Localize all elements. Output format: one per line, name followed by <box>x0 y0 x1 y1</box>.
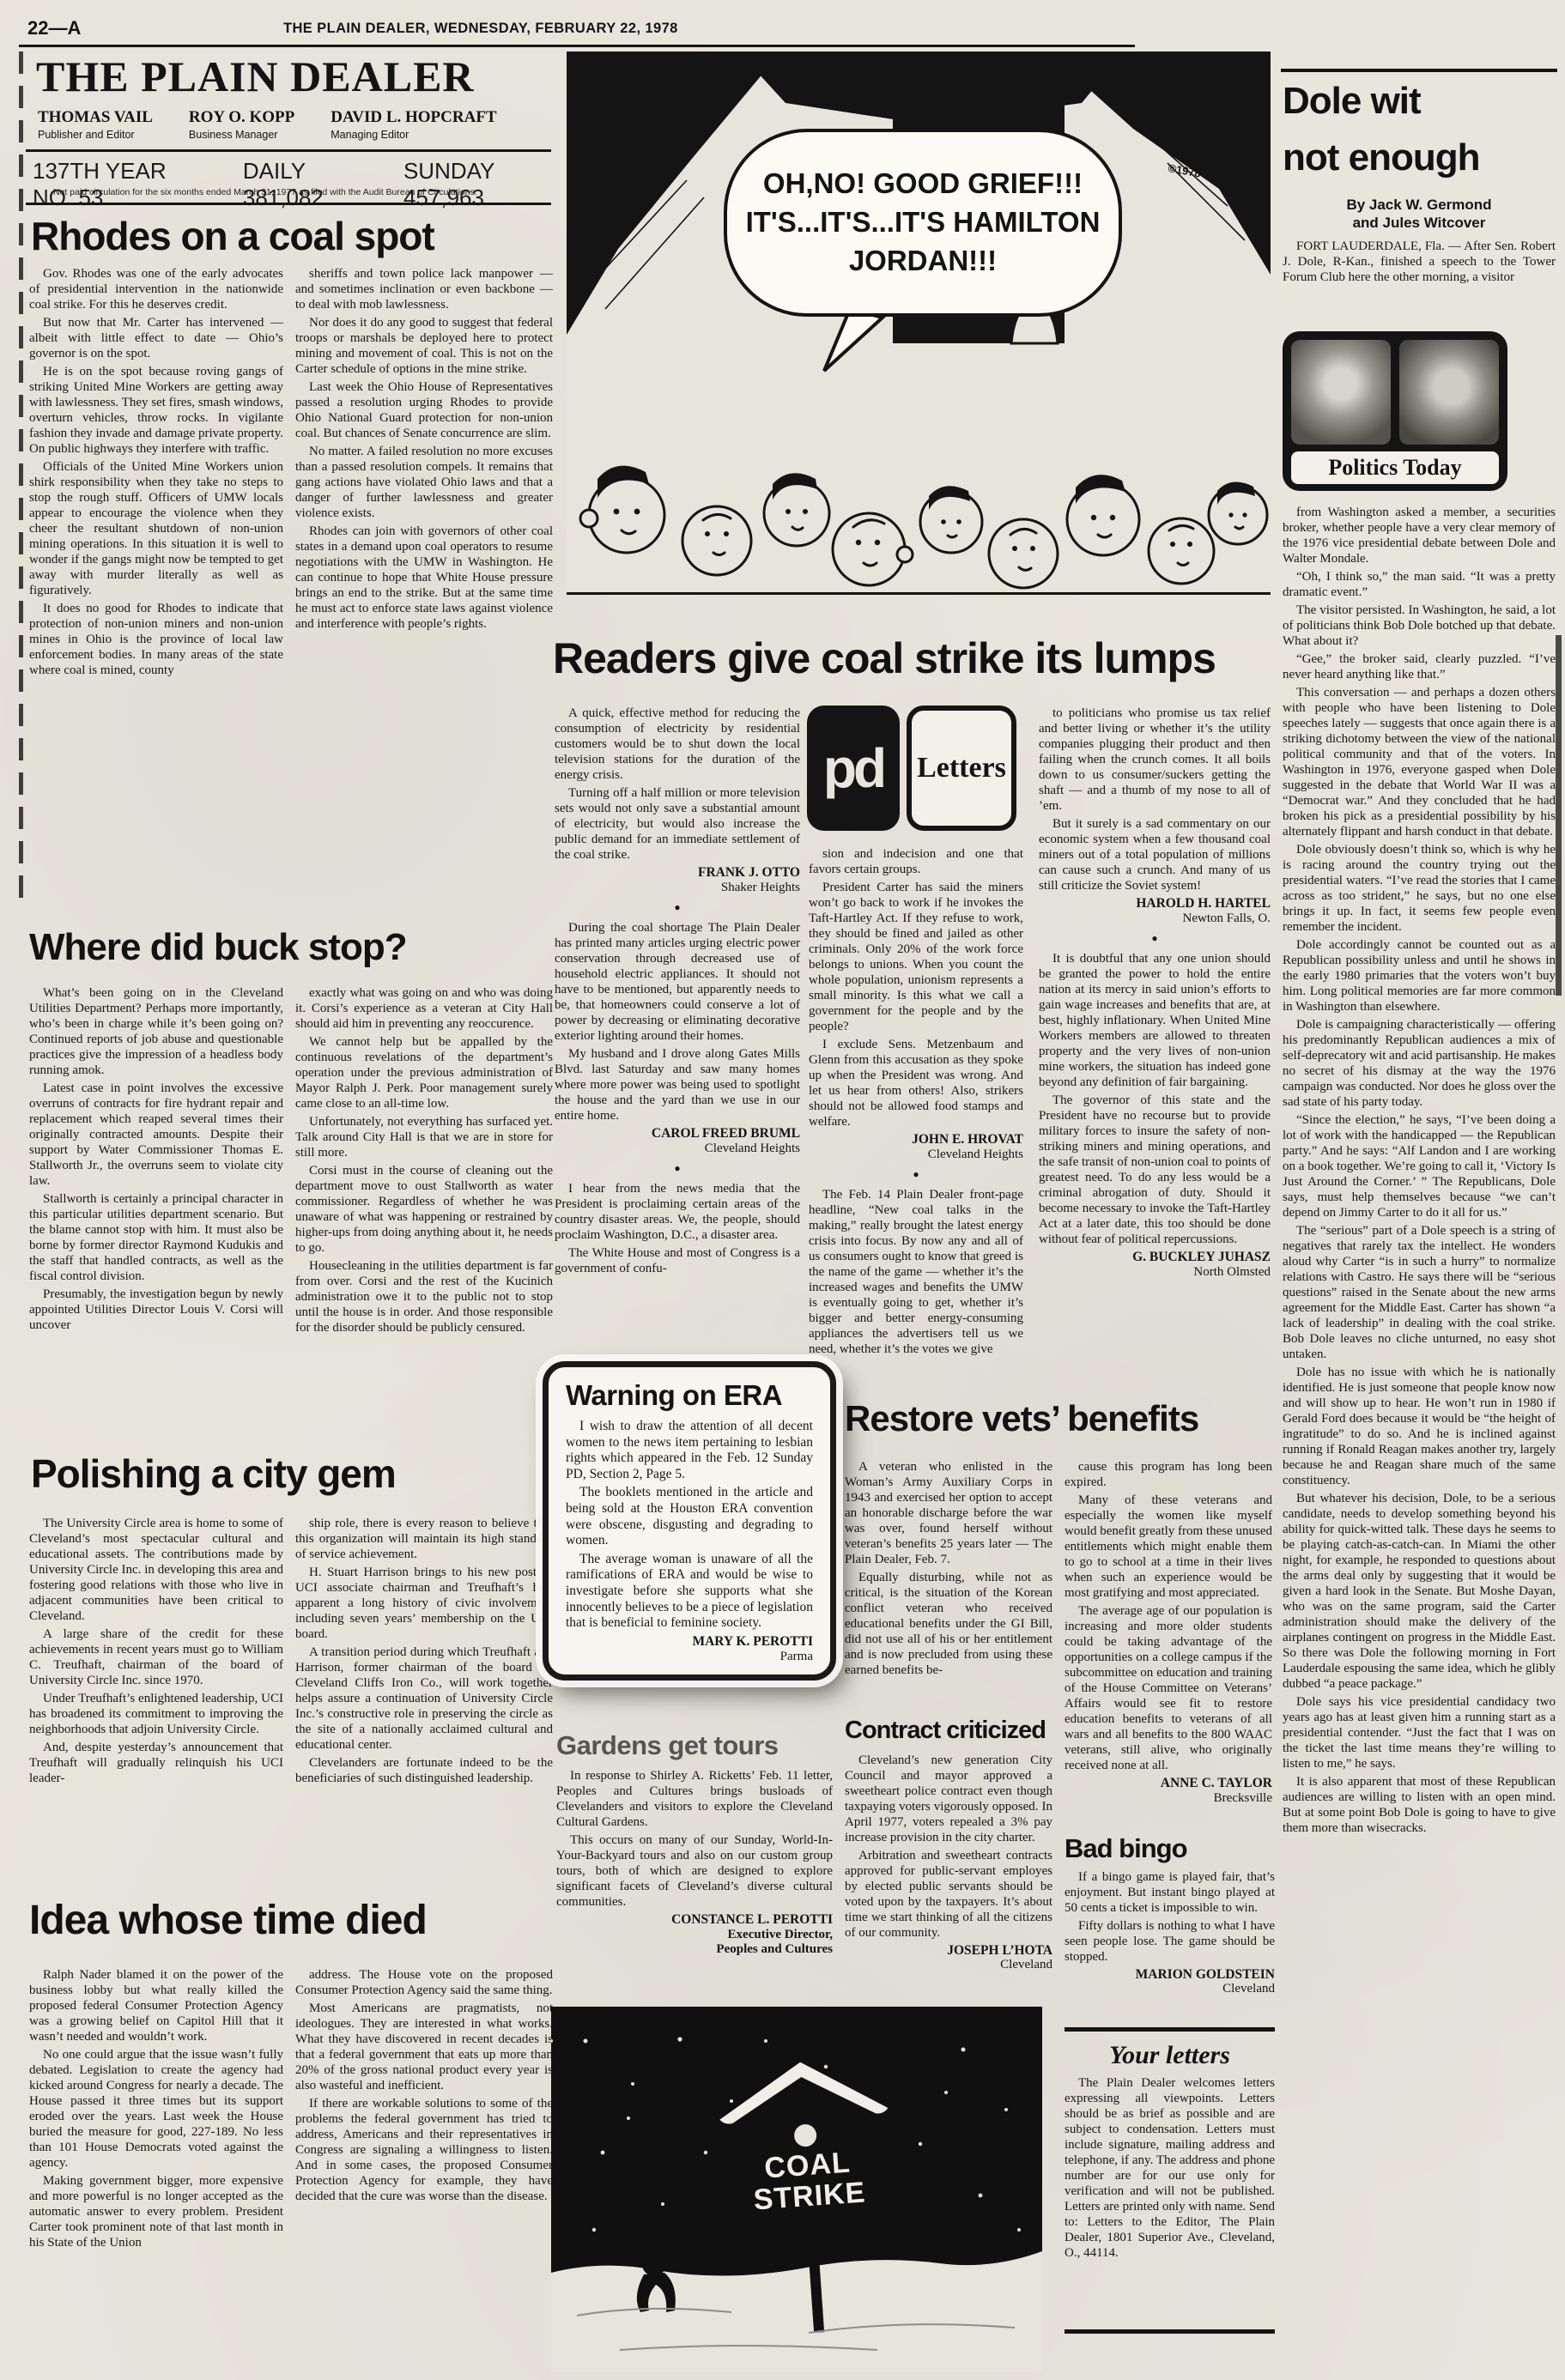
staff-member: DAVID L. HOPCRAFT Managing Editor <box>331 108 496 141</box>
contract-paragraphs: Cleveland’s new generation City Council … <box>845 1753 1052 1941</box>
your-letters-paragraph: The Plain Dealer welcomes letters expres… <box>1065 2075 1275 2261</box>
letter: A quick, effective method for reducing t… <box>555 706 800 895</box>
letter-paragraphs: to politicians who promise us tax relief… <box>1039 706 1271 893</box>
circulation-note: Net paid circulation for the six months … <box>53 187 477 197</box>
page-folio: 22—A <box>27 17 81 39</box>
columnist-photo-witcover <box>1399 340 1499 445</box>
vets-column-2: cause this program has long been expired… <box>1065 1459 1272 1826</box>
letter-paragraphs: A quick, effective method for reducing t… <box>555 706 800 863</box>
letter-divider-icon: ● <box>1039 932 1271 945</box>
bingo-body: If a bingo game is played fair, that’s e… <box>1065 1869 1275 2050</box>
letter-divider-icon: ● <box>555 1162 800 1175</box>
masthead-rule-bottom <box>26 203 551 205</box>
pd-logo-icon: pd <box>807 706 900 831</box>
columnist-photo-germond <box>1291 340 1391 445</box>
bubble-line-1: OH,NO! GOOD GRIEF!!! <box>763 167 1083 199</box>
staff-name: THOMAS VAIL <box>38 108 153 127</box>
idea-column-1: Ralph Nader blamed it on the power of th… <box>29 1967 283 2371</box>
masthead-staff: THOMAS VAIL Publisher and Editor ROY O. … <box>38 108 553 141</box>
bingo-paragraphs: If a bingo game is played fair, that’s e… <box>1065 1869 1275 1965</box>
running-head: THE PLAIN DEALER, WEDNESDAY, FEBRUARY 22… <box>283 21 678 37</box>
pd-logo-glyph: pd <box>823 736 883 800</box>
your-letters-rule-top <box>1065 2027 1275 2032</box>
dole-top-rule <box>1281 69 1557 72</box>
headline-vets: Restore vets’ benefits <box>845 1401 1198 1438</box>
letter-signature-name: JOSEPH L’HOTA <box>845 1943 1052 1959</box>
vets-paragraphs: cause this program has long been expired… <box>1065 1459 1272 1773</box>
dole-byline: By Jack W. Germond and Jules Witcover <box>1283 196 1556 233</box>
letter: I hear from the news media that the Pres… <box>555 1181 800 1276</box>
letter-divider-icon: ● <box>809 1168 1023 1181</box>
letter-signature-role: Executive Director, <box>556 1928 833 1942</box>
letter-signature-place: Cleveland Heights <box>555 1142 800 1156</box>
headline-rhodes: Rhodes on a coal spot <box>31 216 434 257</box>
bingo-section: Bad bingo If a bingo game is played fair… <box>1065 1835 1275 2050</box>
masthead-rule-top <box>26 149 551 152</box>
gardens-section: Gardens get tours In response to Shirley… <box>556 1730 833 2026</box>
bubble-line-2: IT'S...IT'S...IT'S HAMILTON <box>746 206 1101 238</box>
editorial-cartoon-top: .head{fill:#e7e4dc;stroke:#141414;stroke… <box>567 51 1271 595</box>
rhodes-column-1: Gov. Rhodes was one of the early advocat… <box>29 266 283 699</box>
coal-letters-column-2: sion and indecision and one that favors … <box>809 846 1023 1396</box>
letter: It is doubtful that any one union should… <box>1039 951 1271 1280</box>
letter-signature-place: Newton Falls, O. <box>1039 911 1271 926</box>
headline-dole-line1: Dole wit <box>1283 82 1421 121</box>
columnist-photos <box>1291 340 1499 445</box>
letter: During the coal shortage The Plain Deale… <box>555 920 800 1156</box>
gem-column-2: ship role, there is every reason to beli… <box>295 1516 553 1857</box>
dole-lead-paragraph: FORT LAUDERDALE, Fla. — After Sen. Rober… <box>1283 239 1556 285</box>
letter-signature-place: Cleveland <box>845 1958 1052 1972</box>
headline-contract: Contract criticized <box>845 1718 1052 1744</box>
dole-body: from Washington asked a member, a securi… <box>1283 505 1556 2367</box>
staff-role: Business Manager <box>189 129 294 141</box>
crowd-cartoon-illustration: .head{fill:#e7e4dc;stroke:#141414;stroke… <box>567 51 1271 592</box>
idea-column-2: address. The House vote on the proposed … <box>295 1967 553 2371</box>
letter-signature-name: JOHN E. HROVAT <box>809 1132 1023 1148</box>
letters-logo: pd Letters <box>807 706 1016 831</box>
letter-signature-name: CAROL FREED BRUML <box>555 1126 800 1142</box>
gem-column-1: The University Circle area is home to so… <box>29 1516 283 1857</box>
scan-edge-artifact-right <box>1556 635 1562 996</box>
letter-paragraphs: It is doubtful that any one union should… <box>1039 951 1271 1247</box>
letter-signature-place: Shaker Heights <box>555 881 800 895</box>
contract-body: Cleveland’s new generation City Council … <box>845 1753 1052 1993</box>
politics-today-label: Politics Today <box>1291 451 1499 484</box>
letter-divider-icon: ● <box>555 901 800 914</box>
buck-column-2: exactly what was going on and who was do… <box>295 985 553 1416</box>
headline-dole-line2: not enough <box>1283 139 1480 178</box>
headline-your-letters: Your letters <box>1065 2041 1275 2070</box>
bubble-line-3: JORDAN!!! <box>849 245 997 276</box>
letter-signature-name: MARY K. PEROTTI <box>566 1634 813 1650</box>
letter-signature-org: Peoples and Cultures <box>556 1942 833 1957</box>
byline-line-1: By Jack W. Germond <box>1283 196 1556 214</box>
letter-signature-name: CONSTANCE L. PEROTTI <box>556 1912 833 1928</box>
rhodes-column-2: sheriffs and town police lack manpower —… <box>295 266 553 699</box>
headline-buck: Where did buck stop? <box>29 929 407 967</box>
staff-member: THOMAS VAIL Publisher and Editor <box>38 108 153 141</box>
header-rule <box>19 45 1135 47</box>
coal-letters-column-1: A quick, effective method for reducing t… <box>555 706 800 1363</box>
editorial-cartoon-bottom: COAL STRIKE <box>551 2007 1042 2371</box>
letter-signature-name: FRANK J. OTTO <box>555 865 800 881</box>
letter-paragraphs: sion and indecision and one that favors … <box>809 846 1023 1129</box>
letter-signature-place: Parma <box>566 1650 813 1664</box>
letter-paragraphs: I hear from the news media that the Pres… <box>555 1181 800 1276</box>
your-letters-body: The Plain Dealer welcomes letters expres… <box>1065 2075 1275 2326</box>
letters-badge: Letters <box>907 706 1016 831</box>
staff-name: DAVID L. HOPCRAFT <box>331 108 496 127</box>
your-letters-rule-bottom <box>1065 2329 1275 2334</box>
newspaper-page: 22—A THE PLAIN DEALER, WEDNESDAY, FEBRUA… <box>0 0 1565 2380</box>
letter-paragraphs: During the coal shortage The Plain Deale… <box>555 920 800 1123</box>
letter-signature-name: MARION GOLDSTEIN <box>1065 1967 1275 1983</box>
letter-signature-name: G. BUCKLEY JUHASZ <box>1039 1250 1271 1265</box>
letter-signature-place: Cleveland <box>1065 1982 1275 1996</box>
letter-signature-place: Cleveland Heights <box>809 1148 1023 1162</box>
headline-idea: Idea whose time died <box>29 1900 427 1942</box>
headline-bingo: Bad bingo <box>1065 1835 1275 1862</box>
buck-column-1: What’s been going on in the Cleveland Ut… <box>29 985 283 1416</box>
letter: sion and indecision and one that favors … <box>809 846 1023 1162</box>
byline-line-2: and Jules Witcover <box>1283 214 1556 232</box>
gardens-body: In response to Shirley A. Ricketts’ Feb.… <box>556 1768 833 2026</box>
headline-coal-letters: Readers give coal strike its lumps <box>553 637 1216 681</box>
gardens-paragraphs: In response to Shirley A. Ricketts’ Feb.… <box>556 1768 833 1910</box>
letter-signature-name: ANNE C. TAYLOR <box>1065 1776 1272 1791</box>
headline-era: Warning on ERA <box>566 1379 813 1412</box>
era-paragraphs: I wish to draw the attention of all dece… <box>566 1419 813 1632</box>
vets-column-1: A veteran who enlisted in the Woman’s Ar… <box>845 1459 1052 1713</box>
staff-role: Managing Editor <box>331 129 496 141</box>
letter-signature-place: North Olmsted <box>1039 1265 1271 1280</box>
staff-name: ROY O. KOPP <box>189 108 294 127</box>
letter-signature-name: HAROLD H. HARTEL <box>1039 896 1271 911</box>
headline-gardens: Gardens get tours <box>556 1730 833 1761</box>
letter-paragraphs: The Feb. 14 Plain Dealer front-page head… <box>809 1187 1023 1357</box>
letter-signature-place: Brecksville <box>1065 1791 1272 1806</box>
coal-strike-cartoon-illustration: COAL STRIKE <box>551 2007 1042 2371</box>
staff-member: ROY O. KOPP Business Manager <box>189 108 294 141</box>
headline-gem: Polishing a city gem <box>31 1454 396 1494</box>
letters-badge-label: Letters <box>917 752 1006 784</box>
contract-section: Contract criticized Cleveland’s new gene… <box>845 1718 1052 1993</box>
letter: to politicians who promise us tax relief… <box>1039 706 1271 926</box>
dole-lead: FORT LAUDERDALE, Fla. — After Sen. Rober… <box>1283 239 1556 324</box>
coal-letters-column-3: to politicians who promise us tax relief… <box>1039 706 1271 1392</box>
era-warning-callout: Warning on ERA I wish to draw the attent… <box>543 1361 836 1681</box>
letter: The Feb. 14 Plain Dealer front-page head… <box>809 1187 1023 1357</box>
scan-edge-artifact <box>19 51 23 901</box>
staff-role: Publisher and Editor <box>38 129 153 141</box>
politics-today-box: Politics Today <box>1283 331 1507 491</box>
masthead-title: THE PLAIN DEALER <box>36 51 475 101</box>
